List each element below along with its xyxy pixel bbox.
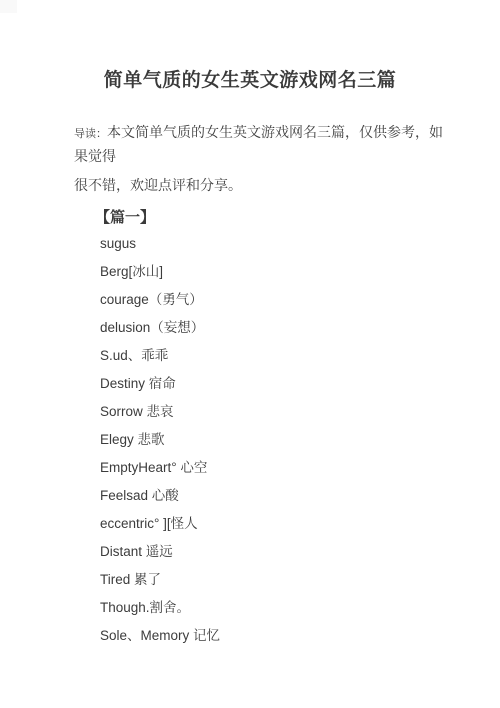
name-list-item: courage（勇气） <box>100 286 500 314</box>
name-list-item: eccentric° ][怪人 <box>100 510 500 538</box>
intro-text: 本文简单气质的女生英文游戏网名三篇，仅供参考，如果觉得 <box>74 126 443 165</box>
name-list: sugusBerg[冰山]courage（勇气）delusion（妄想）S.ud… <box>100 230 500 650</box>
name-list-item: S.ud、乖乖 <box>100 342 500 370</box>
name-list-item: Sorrow 悲哀 <box>100 398 500 426</box>
intro-paragraph: 导读：本文简单气质的女生英文游戏网名三篇，仅供参考，如果觉得 <box>74 122 450 169</box>
name-list-item: EmptyHeart° 心空 <box>100 454 500 482</box>
name-list-item: Distant 遥远 <box>100 538 500 566</box>
name-list-item: Feelsad 心酸 <box>100 482 500 510</box>
name-list-item: delusion（妄想） <box>100 314 500 342</box>
name-list-item: Elegy 悲歌 <box>100 426 500 454</box>
name-list-item: Berg[冰山] <box>100 258 500 286</box>
section-heading: 【篇一】 <box>95 209 500 228</box>
document-page: 简单气质的女生英文游戏网名三篇 导读：本文简单气质的女生英文游戏网名三篇，仅供参… <box>0 0 500 708</box>
name-list-item: Though.割舍。 <box>100 594 500 622</box>
document-title: 简单气质的女生英文游戏网名三篇 <box>0 0 500 93</box>
intro-label: 导读： <box>74 128 107 140</box>
name-list-item: Sole、Memory 记忆 <box>100 622 500 650</box>
share-line: 很不错，欢迎点评和分享。 <box>74 178 500 196</box>
name-list-item: Destiny 宿命 <box>100 370 500 398</box>
corner-artifact <box>0 0 17 13</box>
name-list-item: Tired 累了 <box>100 566 500 594</box>
name-list-item: sugus <box>100 230 500 258</box>
